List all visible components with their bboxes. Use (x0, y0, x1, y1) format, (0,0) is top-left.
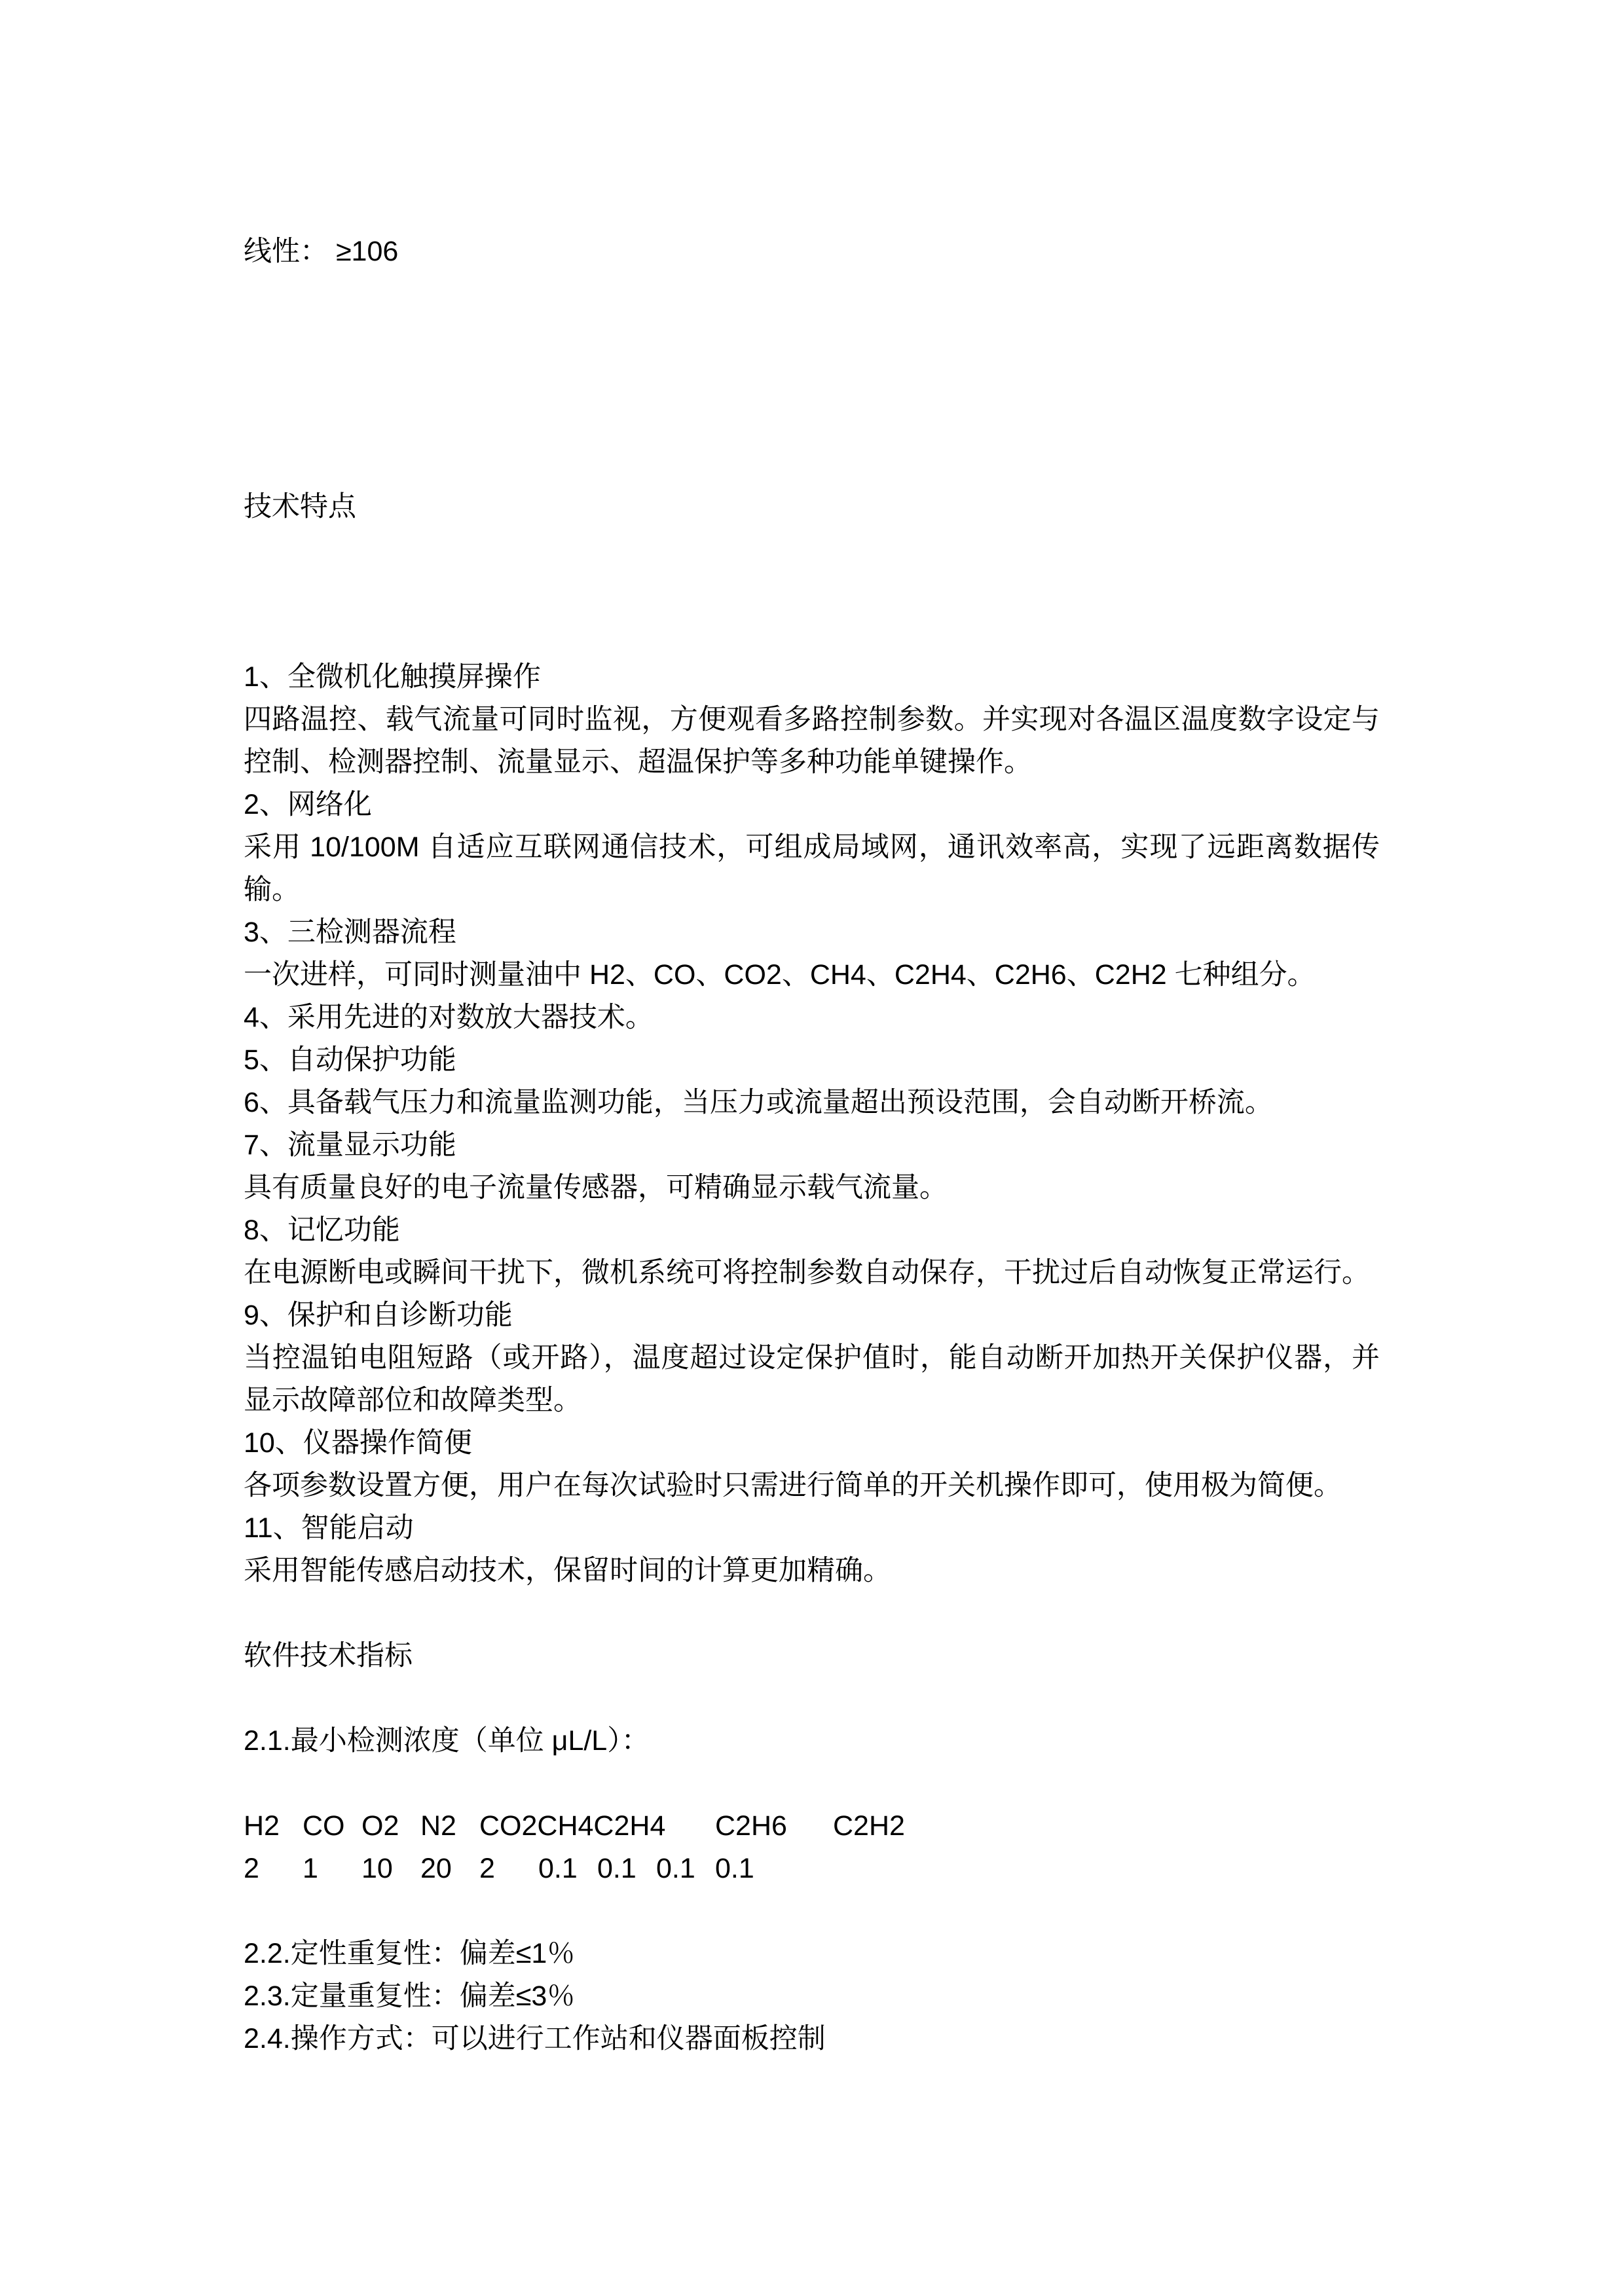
feature-7-body: 具有质量良好的电子流量传感器，可精确显示载气流量。 (244, 1167, 1380, 1209)
feature-10-title: 10、仪器操作简便 (244, 1422, 1380, 1465)
features-heading: 技术特点 (244, 486, 1380, 528)
feature-11-body: 采用智能传感启动技术，保留时间的计算更加精确。 (244, 1550, 1380, 1592)
feature-1-body: 四路温控、载气流量可同时监视，方便观看多路控制参数。并实现对各温区温度数字设定与… (244, 699, 1380, 784)
feature-6: 6、具备载气压力和流量监测功能，当压力或流量超出预设范围，会自动断开桥流。 (244, 1082, 1380, 1124)
feature-2-body: 采用 10/100M 自适应互联网通信技术，可组成局域网，通讯效率高，实现了远距… (244, 826, 1380, 911)
feature-4: 4、采用先进的对数放大器技术。 (244, 996, 1380, 1039)
feature-9-title: 9、保护和自诊断功能 (244, 1294, 1380, 1337)
feature-5: 5、自动保护功能 (244, 1039, 1380, 1082)
feature-2-title: 2、网络化 (244, 784, 1380, 826)
feature-9-body: 当控温铂电阻短路（或开路），温度超过设定保护值时，能自动断开加热开关保护仪器，并… (244, 1337, 1380, 1422)
feature-8-body: 在电源断电或瞬间干扰下，微机系统可将控制参数自动保存，干扰过后自动恢复正常运行。 (244, 1252, 1380, 1294)
min-detection-title: 2.1.最小检测浓度（单位 μL/L）： (244, 1720, 1380, 1762)
feature-8-title: 8、记忆功能 (244, 1209, 1380, 1252)
document-page: 线性： ≥106 技术特点 1、全微机化触摸屏操作 四路温控、载气流量可同时监视… (0, 0, 1624, 2296)
feature-3-title: 3、三检测器流程 (244, 911, 1380, 954)
feature-3-body: 一次进样，可同时测量油中 H2、CO、CO2、CH4、C2H4、C2H6、C2H… (244, 954, 1380, 996)
gas-table-header-row: H2 CO O2 N2 CO2CH4C2H4 C2H6 C2H2 (244, 1805, 1380, 1848)
feature-11-title: 11、智能启动 (244, 1507, 1380, 1550)
linearity-spec: 线性： ≥106 (244, 230, 1380, 273)
qualitative-repeatability-spec: 2.2.定性重复性：偏差≤1％ (244, 1933, 1380, 1975)
feature-7-title: 7、流量显示功能 (244, 1124, 1380, 1167)
gas-table-value-row: 2 1 10 20 2 0.1 0.1 0.1 0.1 (244, 1848, 1380, 1890)
feature-10-body: 各项参数设置方便，用户在每次试验时只需进行简单的开关机操作即可，使用极为简便。 (244, 1465, 1380, 1507)
feature-1-title: 1、全微机化触摸屏操作 (244, 656, 1380, 699)
software-specs-heading: 软件技术指标 (244, 1635, 1380, 1677)
quantitative-repeatability-spec: 2.3.定量重复性：偏差≤3％ (244, 1975, 1380, 2018)
operation-mode-spec: 2.4.操作方式：可以进行工作站和仪器面板控制 (244, 2018, 1380, 2060)
